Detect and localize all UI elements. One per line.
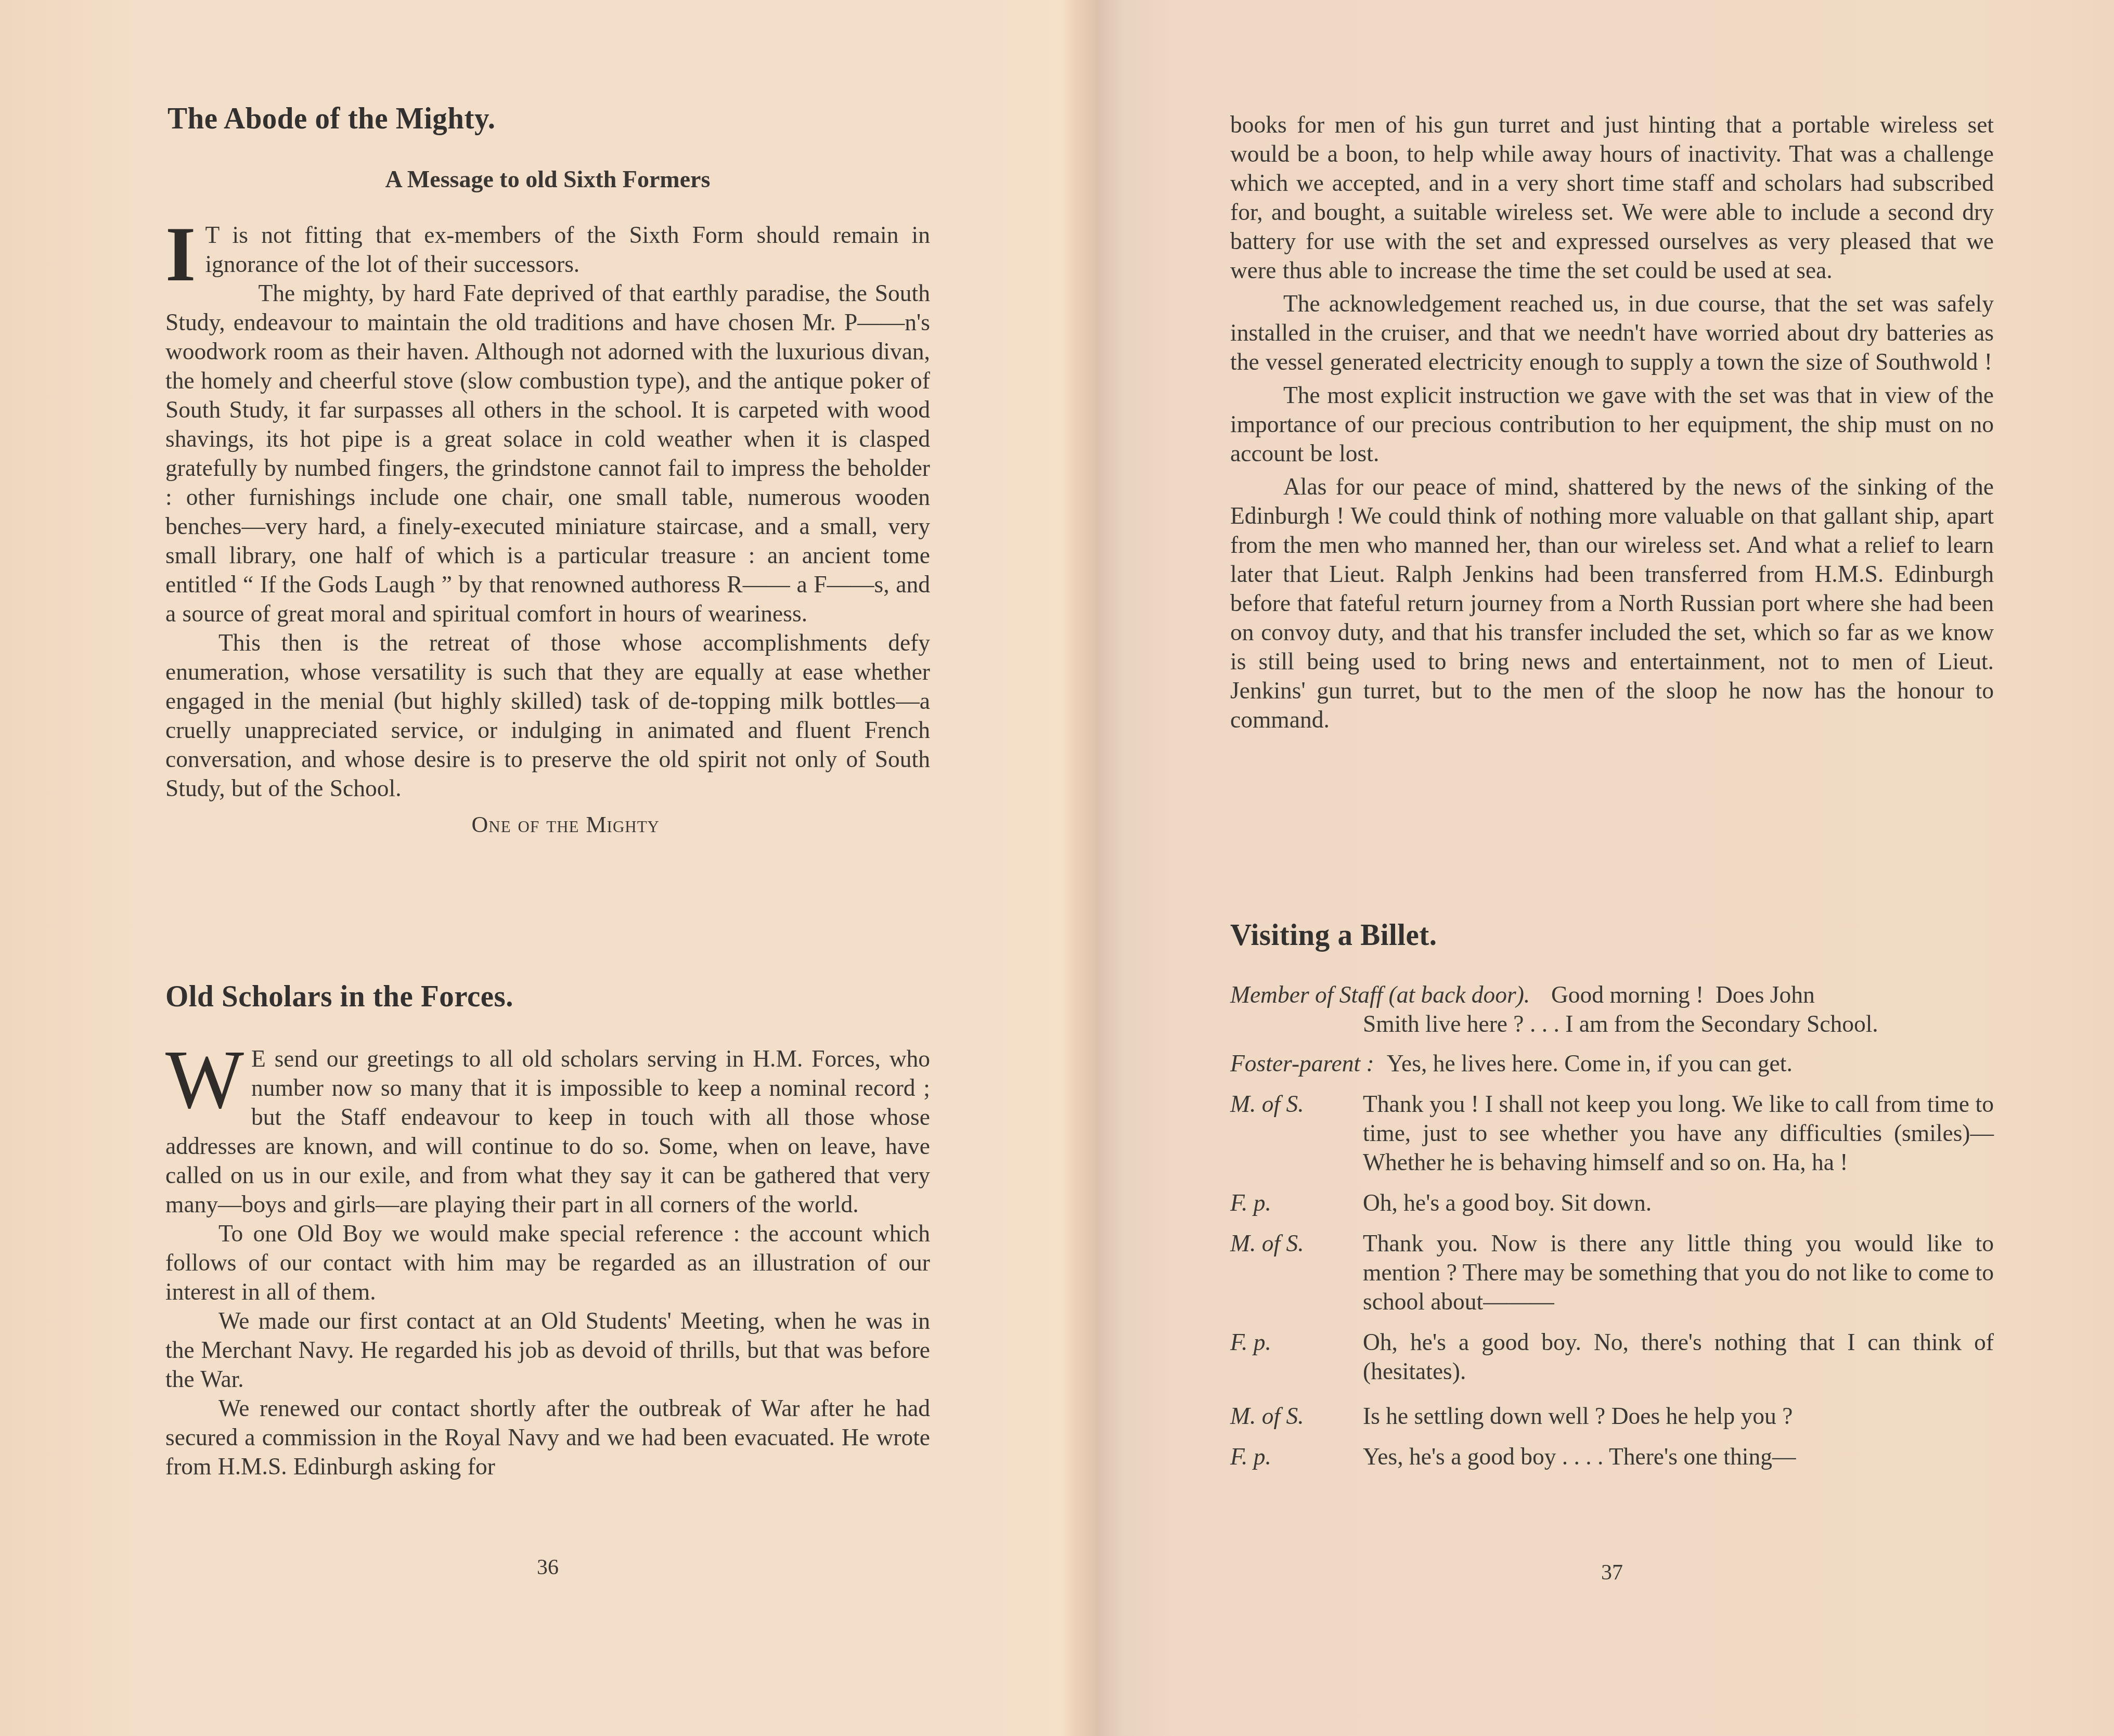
old-scholars-paragraph-1: WE send our greetings to all old scholar… <box>165 1044 930 1219</box>
dialogue-speaker: M. of S. <box>1230 1090 1363 1177</box>
abode-paragraph-2: The mighty, by hard Fate deprived of tha… <box>165 279 930 628</box>
dialogue-turn-4: F. p. Oh, he's a good boy. Sit down. <box>1230 1188 1994 1217</box>
dialogue-speaker: Foster-parent : <box>1230 1049 1374 1078</box>
dialogue-text: Yes, he lives here. Come in, if you can … <box>1387 1049 1994 1078</box>
dialogue-turn-6: F. p. Oh, he's a good boy. No, there's n… <box>1230 1328 1994 1386</box>
dialogue-turn-2: Foster-parent : Yes, he lives here. Come… <box>1230 1049 1994 1078</box>
page-number-right: 37 <box>1230 1560 1994 1585</box>
continuation-body: books for men of his gun turret and just… <box>1230 110 1994 734</box>
abode-body: IT is not fitting that ex-members of the… <box>165 221 930 839</box>
dialogue-speaker: F. p. <box>1230 1328 1363 1386</box>
dialogue-text: Oh, he's a good boy. Sit down. <box>1363 1188 1994 1217</box>
article-subtitle: A Message to old Sixth Formers <box>165 165 930 193</box>
dialogue-speaker: F. p. <box>1230 1442 1363 1471</box>
dropcap-w: W <box>165 1046 244 1113</box>
dialogue-speaker: M. of S. <box>1230 1402 1363 1431</box>
old-scholars-paragraph-3: We made our first contact at an Old Stud… <box>165 1306 930 1394</box>
left-page: The Abode of the Mighty. A Message to ol… <box>165 0 930 1736</box>
continuation-paragraph-4: Alas for our peace of mind, shattered by… <box>1230 472 1994 734</box>
dialogue-text: Yes, he's a good boy . . . . There's one… <box>1363 1442 1994 1471</box>
article-signature: One of the Mighty <box>165 810 930 839</box>
dropcap-i: I <box>165 224 196 285</box>
dialogue-speaker: Member of Staff <box>1230 981 1383 1008</box>
dialogue-text: Thank you ! I shall not keep you long. W… <box>1363 1090 1994 1177</box>
abode-paragraph-1: IT is not fitting that ex-members of the… <box>165 221 930 279</box>
article-title-abode: The Abode of the Mighty. <box>167 100 496 136</box>
right-page: books for men of his gun turret and just… <box>1230 0 1994 1736</box>
old-scholars-paragraph-4: We renewed our contact shortly after the… <box>165 1394 930 1481</box>
continuation-paragraph-2: The acknowledgement reached us, in due c… <box>1230 289 1994 377</box>
dialogue-stage-direction: (at back door). <box>1389 981 1530 1008</box>
dialogue-turn-7: M. of S. Is he settling down well ? Does… <box>1230 1402 1994 1431</box>
continuation-paragraph-1: books for men of his gun turret and just… <box>1230 110 1994 285</box>
dialogue-turn-8: F. p. Yes, he's a good boy . . . . There… <box>1230 1442 1994 1471</box>
dialogue-turn-1: Member of Staff (at back door). Good mor… <box>1230 980 1994 1039</box>
article-title-old-scholars: Old Scholars in the Forces. <box>165 978 513 1014</box>
dialogue-turn-5: M. of S. Thank you. Now is there any lit… <box>1230 1229 1994 1316</box>
dialogue-turn-3: M. of S. Thank you ! I shall not keep yo… <box>1230 1090 1994 1177</box>
old-scholars-paragraph-2: To one Old Boy we would make special ref… <box>165 1219 930 1306</box>
dialogue-speaker: F. p. <box>1230 1188 1363 1217</box>
page-number-left: 36 <box>165 1555 930 1580</box>
dialogue-speaker: M. of S. <box>1230 1229 1363 1316</box>
article-title-visiting-billet: Visiting a Billet. <box>1230 916 1437 953</box>
abode-paragraph-3: This then is the retreat of those whose … <box>165 628 930 803</box>
continuation-paragraph-3: The most explicit instruction we gave wi… <box>1230 381 1994 468</box>
old-scholars-body: WE send our greetings to all old scholar… <box>165 1044 930 1481</box>
dialogue-text: Thank you. Now is there any little thing… <box>1363 1229 1994 1316</box>
billet-dialogue: Member of Staff (at back door). Good mor… <box>1230 980 1994 1483</box>
dialogue-text: Oh, he's a good boy. No, there's nothing… <box>1363 1328 1994 1386</box>
dialogue-text: Is he settling down well ? Does he help … <box>1363 1402 1994 1431</box>
